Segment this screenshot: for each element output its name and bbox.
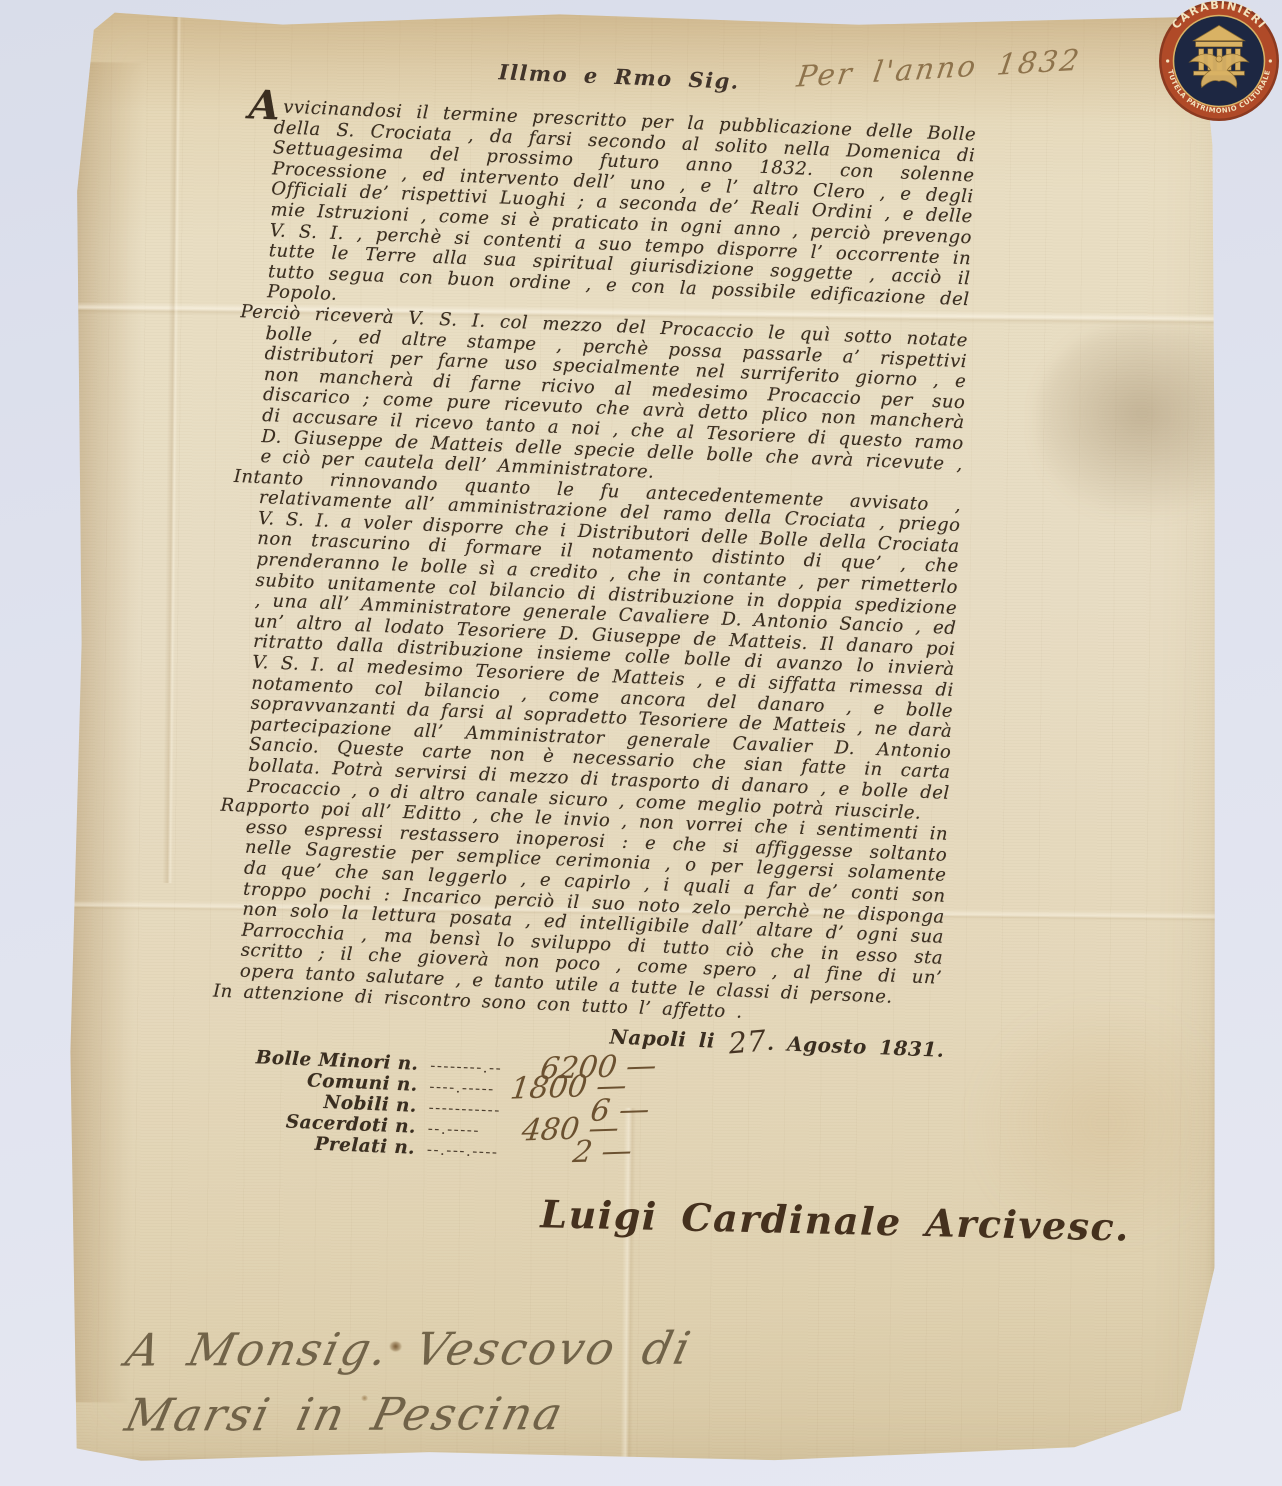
document-paper: Per l'anno 1832 Illmo e Rmo Sig. Avvicin…: [60, 2, 1227, 1472]
signature: Luigi Cardinale Arcivesc.: [540, 1191, 933, 1245]
paper-stain-right: [1035, 322, 1272, 524]
dotted-rule: -----------: [416, 1098, 501, 1119]
letter-content: Illmo e Rmo Sig. Avvicinandosi il termin…: [195, 49, 978, 1463]
address-line-1: A Monsig. Vescovo di: [120, 1316, 699, 1383]
prelati-value: 2 —: [571, 1142, 632, 1162]
photo-background: Per l'anno 1832 Illmo e Rmo Sig. Avvicin…: [0, 0, 1282, 1486]
paragraph-2: Perciò riceverà V. S. I. col mezzo del P…: [234, 302, 968, 496]
paragraph-1: Avvicinandosi il termine prescritto per …: [241, 96, 977, 331]
handwritten-day: 27: [727, 1024, 768, 1061]
paper-crease-vertical-1: [162, 3, 181, 883]
paper-stain-left-edge: [61, 62, 145, 1403]
handwritten-address: A Monsig. Vescovo di Marsi in Pescina: [105, 1315, 941, 1448]
carabinieri-tpc-seal: CARABINIERI TUTELA PATRIMONIO CULTURALE: [1158, 0, 1280, 122]
seal-graphic: CARABINIERI TUTELA PATRIMONIO CULTURALE: [1158, 0, 1280, 122]
address-line-2: Marsi in Pescina: [119, 1381, 571, 1448]
letter-body: Avvicinandosi il termine prescritto per …: [213, 96, 977, 1031]
bolle-count-list: Bolle Minori n. --------.-- 6200 — Comun…: [207, 1044, 939, 1178]
dotted-rule: ----.-----: [417, 1077, 495, 1098]
paragraph-3: Intanto rinnovando quanto le fu antecede…: [221, 467, 962, 825]
dotted-rule: --.---.----: [415, 1140, 499, 1161]
paragraph-1-text: vvicinandosi il termine prescritto per l…: [267, 97, 977, 310]
dotted-rule: --------.--: [418, 1056, 503, 1077]
paragraph-4: Rapporto poi all’ Editto , che le invio …: [214, 796, 949, 1010]
dotted-rule: --.-----: [415, 1119, 480, 1140]
dateline-suffix: . Agosto 1831.: [767, 1031, 945, 1062]
